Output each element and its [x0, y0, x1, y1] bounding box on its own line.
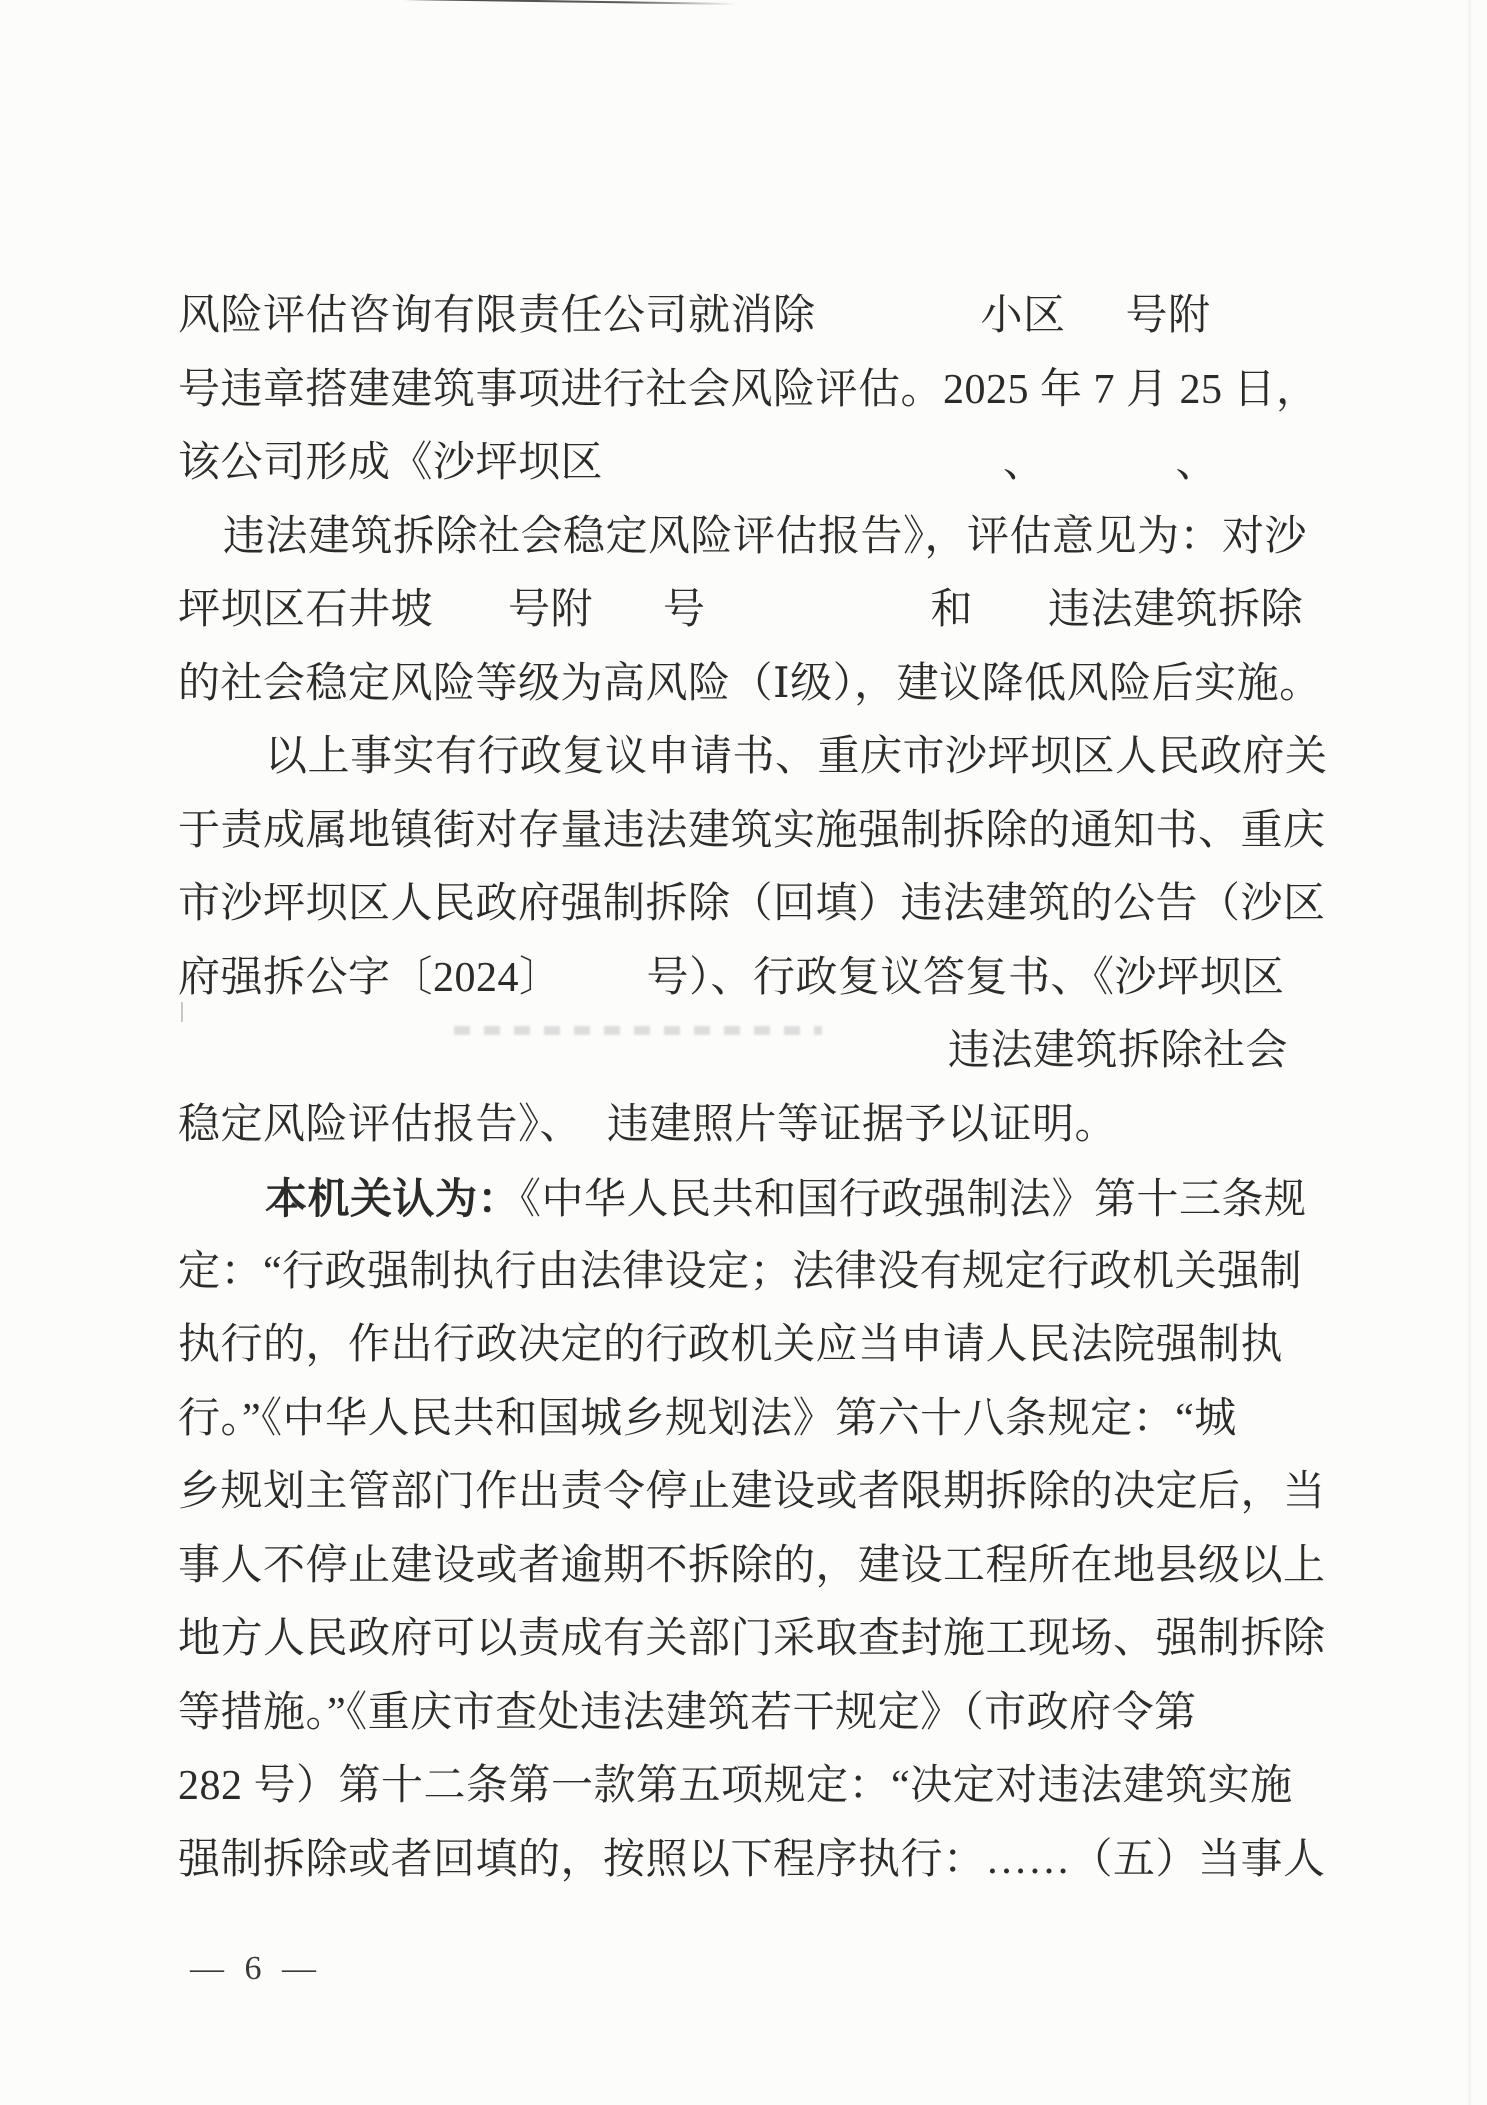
text-segment: 等措施。”《重庆市查处违法建筑若干规定》（市政府令第	[178, 1690, 1197, 1736]
redaction-gap	[178, 1062, 948, 1064]
redaction-gap	[178, 548, 223, 550]
doc-line: 风险评估咨询有限责任公司就消除小区号附	[178, 280, 1378, 354]
doc-line: 事人不停止建设或者逾期不拆除的，建设工程所在地县级以上	[178, 1530, 1378, 1604]
text-segment: 和	[931, 587, 974, 633]
text-segment-bold: 本机关认为：	[265, 1175, 520, 1222]
doc-line: 号违章搭建建筑事项进行社会风险评估。2025 年 7 月 25 日，	[178, 354, 1378, 428]
doc-line: 府强拆公字〔2024〕号）、行政复议答复书、《沙坪坝区	[178, 942, 1378, 1016]
document-text-block: 风险评估咨询有限责任公司就消除小区号附号违章搭建建筑事项进行社会风险评估。202…	[178, 280, 1378, 1897]
document-page: 风险评估咨询有限责任公司就消除小区号附号违章搭建建筑事项进行社会风险评估。202…	[0, 0, 1487, 2105]
text-segment: 、	[1176, 440, 1219, 486]
text-segment: 强制拆除或者回填的，按照以下程序执行：……（五）当事人	[178, 1837, 1326, 1883]
doc-line: 本机关认为：《中华人民共和国行政强制法》第十三条规	[178, 1162, 1378, 1236]
redaction-gap	[178, 768, 265, 770]
text-segment: 于责成属地镇街对存量违法建筑实施强制拆除的通知书、重庆	[178, 808, 1326, 854]
doc-line: 以上事实有行政复议申请书、重庆市沙坪坝区人民政府关	[178, 721, 1378, 795]
scan-artifact-line	[0, 0, 737, 5]
text-segment: 该公司形成《沙坪坝区	[178, 440, 603, 486]
text-segment: 执行的，作出行政决定的行政机关应当申请人民法院强制执	[178, 1322, 1283, 1368]
doc-line: 违法建筑拆除社会	[178, 1015, 1378, 1089]
redaction-gap	[593, 621, 663, 623]
text-segment: 行。”《中华人民共和国城乡规划法》第六十八条规定：“城	[178, 1396, 1237, 1442]
doc-line: 地方人民政府可以责成有关部门采取查封施工现场、强制拆除	[178, 1603, 1378, 1677]
redaction-gap	[603, 474, 1003, 476]
text-segment: 稳定风险评估报告》、	[178, 1102, 582, 1148]
doc-line: 违法建筑拆除社会稳定风险评估报告》，评估意见为：对沙	[178, 501, 1378, 575]
text-segment: 违法建筑拆除社会稳定风险评估报告》，评估意见为：对沙	[223, 514, 1307, 560]
redaction-gap	[973, 621, 1048, 623]
doc-line: 的社会稳定风险等级为高风险（Ⅰ级），建议降低风险后实施。	[178, 648, 1378, 722]
doc-line: 稳定风险评估报告》、违建照片等证据予以证明。	[178, 1089, 1378, 1163]
doc-line: 行。”《中华人民共和国城乡规划法》第六十八条规定：“城	[178, 1383, 1378, 1457]
redaction-gap	[178, 1211, 265, 1213]
text-segment: 违法建筑拆除	[1048, 587, 1303, 633]
text-segment: 以上事实有行政复议申请书、重庆市沙坪坝区人民政府关	[265, 734, 1328, 780]
text-segment: 号违章搭建建筑事项进行社会风险评估。2025 年 7 月 25 日，	[178, 367, 1319, 413]
doc-line: 定：“行政强制执行由法律设定；法律没有规定行政机关强制	[178, 1236, 1378, 1310]
text-segment: 市沙坪坝区人民政府强制拆除（回填）违法建筑的公告（沙区	[178, 881, 1326, 927]
redaction-gap	[1066, 327, 1126, 329]
text-segment: 号附	[1126, 293, 1211, 339]
text-segment: 号）、行政复议答复书、《沙坪坝区	[647, 955, 1285, 1001]
doc-line: 乡规划主管部门作出责令停止建设或者限期拆除的决定后，当	[178, 1456, 1378, 1530]
doc-line: 等措施。”《重庆市查处违法建筑若干规定》（市政府令第	[178, 1677, 1378, 1751]
doc-line: 282 号）第十二条第一款第五项规定：“决定对违法建筑实施	[178, 1750, 1378, 1824]
text-segment: 违建照片等证据予以证明。	[607, 1102, 1117, 1148]
text-segment: 定：“行政强制执行由法律设定；法律没有规定行政机关强制	[178, 1249, 1302, 1295]
text-segment: 号附	[508, 587, 593, 633]
doc-line: 强制拆除或者回填的，按照以下程序执行：……（五）当事人	[178, 1824, 1378, 1898]
redaction-gap	[816, 327, 981, 329]
doc-line: 于责成属地镇街对存量违法建筑实施强制拆除的通知书、重庆	[178, 795, 1378, 869]
redaction-gap	[1046, 474, 1176, 476]
text-segment: 号	[663, 587, 706, 633]
scan-edge-streak	[1468, 0, 1471, 2105]
text-segment: 违法建筑拆除社会	[948, 1028, 1288, 1074]
text-segment: 乡规划主管部门作出责令停止建设或者限期拆除的决定后，当	[178, 1469, 1326, 1515]
text-segment: 、	[1003, 440, 1046, 486]
text-segment: 府强拆公字〔2024〕	[178, 955, 562, 1001]
page-number: — 6 —	[190, 1950, 322, 1988]
text-segment: 的社会稳定风险等级为高风险（Ⅰ级），建议降低风险后实施。	[178, 661, 1322, 707]
doc-line: 执行的，作出行政决定的行政机关应当申请人民法院强制执	[178, 1309, 1378, 1383]
doc-line: 市沙坪坝区人民政府强制拆除（回填）违法建筑的公告（沙区	[178, 868, 1378, 942]
text-segment: 282 号）第十二条第一款第五项规定：“决定对违法建筑实施	[178, 1763, 1293, 1809]
text-segment: 小区	[981, 293, 1066, 339]
doc-line: 坪坝区石井坡号附号和违法建筑拆除	[178, 574, 1378, 648]
redaction-gap	[433, 621, 508, 623]
redaction-gap	[582, 1136, 607, 1138]
text-segment: 地方人民政府可以责成有关部门采取查封施工现场、强制拆除	[178, 1616, 1326, 1662]
text-segment: 《中华人民共和国行政强制法》第十三条规	[520, 1177, 1307, 1223]
doc-line: 该公司形成《沙坪坝区、、	[178, 427, 1378, 501]
text-segment: 坪坝区石井坡	[178, 587, 433, 633]
redaction-gap	[706, 621, 931, 623]
redaction-gap	[562, 989, 647, 991]
text-segment: 事人不停止建设或者逾期不拆除的，建设工程所在地县级以上	[178, 1543, 1326, 1589]
text-segment: 风险评估咨询有限责任公司就消除	[178, 293, 816, 339]
